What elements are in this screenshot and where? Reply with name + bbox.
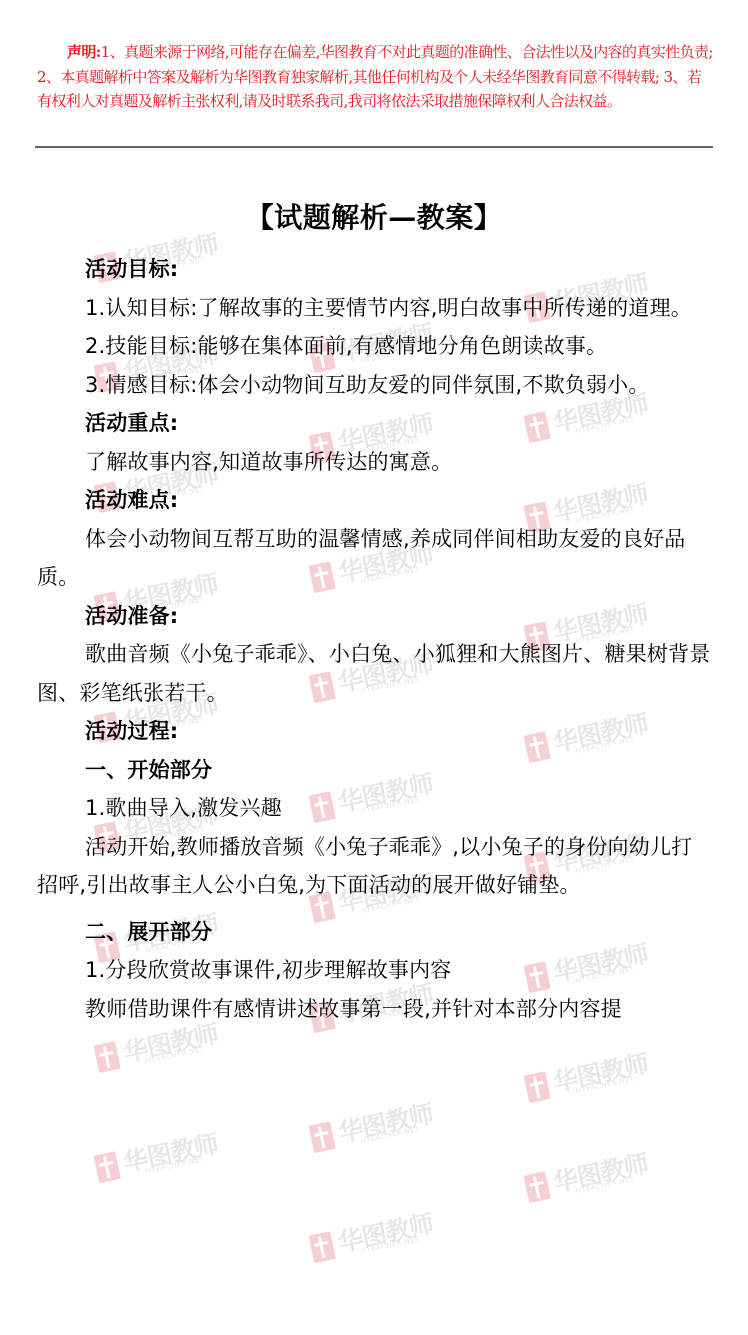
watermark: 华图教师HTEACHER.NET (306, 1087, 444, 1165)
watermark: 华图教师HTEACHER.NET (91, 1117, 229, 1195)
preparation-heading: 活动准备: (37, 597, 713, 636)
watermark: 华图教师HTEACHER.NET (521, 1137, 659, 1215)
part1-text: 活动开始,教师播放音频《小兔子乖乖》,以小兔子的身份向幼儿打招呼,引出故事主人公… (37, 828, 713, 905)
key-point-text: 了解故事内容,知道故事所传达的寓意。 (37, 443, 713, 482)
part1-subheading: 1.歌曲导入,激发兴趣 (37, 789, 713, 828)
watermark-text: 华图教师 (550, 1044, 651, 1099)
watermark-subtext: HTEACHER.NET (360, 1125, 420, 1145)
watermark: 华图教师HTEACHER.NET (521, 1037, 659, 1115)
goal-item-skill: 2.技能目标:能够在集体面前,有感情地分角色朗读故事。 (37, 327, 713, 366)
watermark-subtext: HTEACHER.NET (575, 1175, 635, 1195)
goals-heading: 活动目标: (37, 250, 713, 289)
document-title: 【试题解析—教案】 (0, 198, 748, 238)
disclaimer-text: 1、真题来源于网络,可能存在偏差,华图教育不对此真题的准确性、合法性以及内容的真… (37, 43, 713, 110)
watermark-subtext: HTEACHER.NET (575, 1075, 635, 1095)
watermark-logo-icon (94, 1151, 121, 1183)
key-point-heading: 活动重点: (37, 404, 713, 443)
difficulty-heading: 活动难点: (37, 481, 713, 520)
part2-subheading: 1.分段欣赏故事课件,初步理解故事内容 (37, 951, 713, 990)
watermark-logo-icon (309, 1121, 336, 1153)
watermark-text: 华图教师 (550, 1144, 651, 1199)
watermark-text: 华图教师 (335, 1094, 436, 1149)
watermark-subtext: HTEACHER.NET (145, 1155, 205, 1175)
watermark: 华图教师HTEACHER.NET (306, 1197, 444, 1275)
watermark-subtext: HTEACHER.NET (360, 1235, 420, 1255)
watermark-text: 华图教师 (335, 1204, 436, 1259)
watermark-logo-icon (94, 1041, 121, 1073)
disclaimer-label: 声明: (67, 43, 101, 61)
process-heading: 活动过程: (37, 712, 713, 751)
watermark-subtext: HTEACHER.NET (145, 1045, 205, 1065)
header-divider (35, 146, 713, 148)
part1-heading: 一、开始部分 (37, 751, 713, 790)
disclaimer-notice: 声明:1、真题来源于网络,可能存在偏差,华图教育不对此真题的准确性、合法性以及内… (37, 40, 713, 114)
watermark-logo-icon (524, 1071, 551, 1103)
watermark-logo-icon (309, 1231, 336, 1263)
part2-heading: 二、展开部分 (37, 913, 713, 952)
difficulty-text: 体会小动物间互帮互助的温馨情感,养成同伴间相助友爱的良好品质。 (37, 520, 713, 597)
watermark-logo-icon (524, 1171, 551, 1203)
watermark-text: 华图教师 (120, 1124, 221, 1179)
preparation-text: 歌曲音频《小兔子乖乖》、小白兔、小狐狸和大熊图片、糖果树背景图、彩笔纸张若干。 (37, 635, 713, 712)
part2-text: 教师借助课件有感情讲述故事第一段,并针对本部分内容提 (37, 990, 713, 1029)
goal-item-emotion: 3.情感目标:体会小动物间互助友爱的同伴氛围,不欺负弱小。 (37, 366, 713, 405)
lesson-plan-body: 活动目标: 1.认知目标:了解故事的主要情节内容,明白故事中所传递的道理。 2.… (37, 250, 713, 1028)
goal-item-cognitive: 1.认知目标:了解故事的主要情节内容,明白故事中所传递的道理。 (37, 289, 713, 328)
